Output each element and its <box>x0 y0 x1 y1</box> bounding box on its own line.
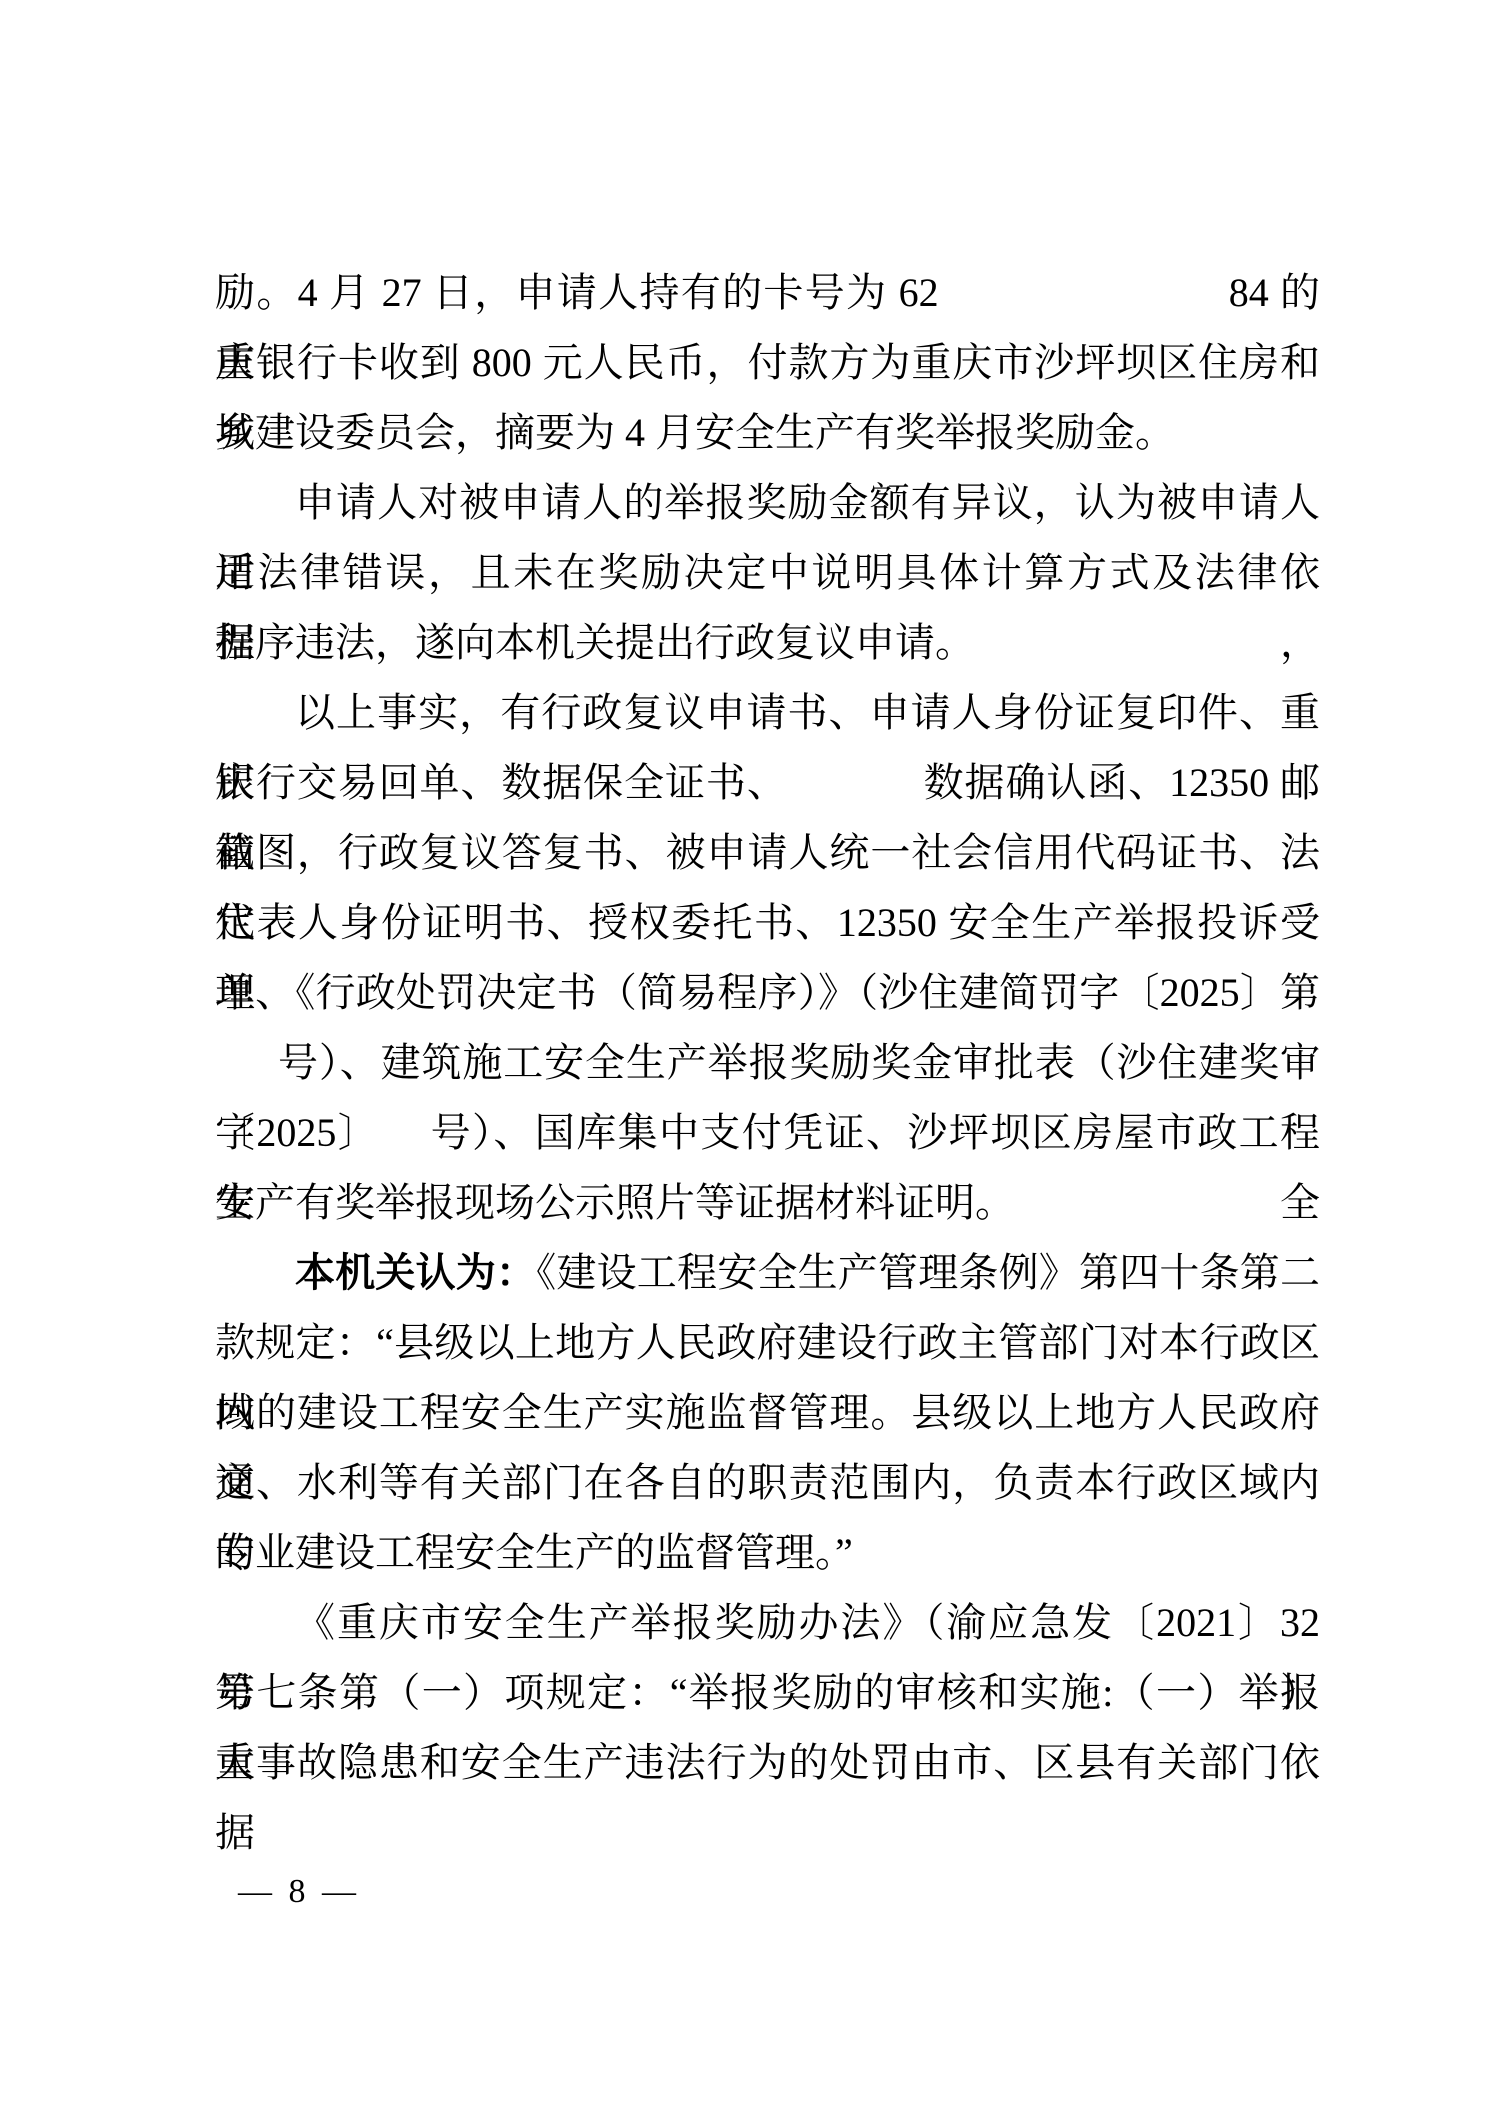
text-line: 单、《行政处罚决定书（简易程序）》（沙住建简罚字〔2025〕第 <box>215 958 1320 1028</box>
text-line: 庆银行卡收到 800 元人民币，付款方为重庆市沙坪坝区住房和城 <box>215 328 1320 398</box>
line-text: 励。4 月 27 日，申请人持有的卡号为 62 <box>215 270 939 315</box>
text-line: 〔2025〕号）、国库集中支付凭证、沙坪坝区房屋市政工程安全 <box>215 1098 1320 1168</box>
redaction-gap <box>788 792 923 796</box>
line-text: 专业建设工程安全生产的监督管理。” <box>215 1530 853 1575</box>
line-text: 生产有奖举报现场公示照片等证据材料证明。 <box>215 1180 1015 1225</box>
text-line: 用法律错误，且未在奖励决定中说明具体计算方式及法律依据， <box>215 538 1320 608</box>
redaction-gap <box>939 302 1229 306</box>
text-line: 申请人对被申请人的举报奖励金额有异议，认为被申请人适 <box>215 468 1320 538</box>
redaction-gap <box>379 1142 429 1146</box>
page-number: — 8 — <box>238 1872 360 1912</box>
text-line: 号）、建筑施工安全生产举报奖励奖金审批表（沙住建奖审字 <box>215 1028 1320 1098</box>
line-text: 乡建设委员会，摘要为 4 月安全生产有奖举报奖励金。 <box>215 410 1175 455</box>
line-text: 《建设工程安全生产管理条例》第四十条第二 <box>536 1250 1320 1295</box>
section-heading-text: 本机关认为： <box>295 1250 536 1295</box>
text-line: 内的建设工程安全生产实施监督管理。县级以上地方人民政府交 <box>215 1378 1320 1448</box>
text-line: 本机关认为：《建设工程安全生产管理条例》第四十条第二 <box>215 1238 1320 1308</box>
line-text: 〔2025〕 <box>215 1110 379 1155</box>
document-body: 励。4 月 27 日，申请人持有的卡号为 6284 的重 庆银行卡收到 800 … <box>215 258 1320 1798</box>
text-line: 励。4 月 27 日，申请人持有的卡号为 6284 的重 <box>215 258 1320 328</box>
text-line: 款规定：“县级以上地方人民政府建设行政主管部门对本行政区域 <box>215 1308 1320 1378</box>
text-line: 大事故隐患和安全生产违法行为的处罚由市、区县有关部门依据 <box>215 1728 1320 1798</box>
text-line: 乡建设委员会，摘要为 4 月安全生产有奖举报奖励金。 <box>215 398 1320 468</box>
text-line: 截图，行政复议答复书、被申请人统一社会信用代码证书、法定 <box>215 818 1320 888</box>
line-text: 大事故隐患和安全生产违法行为的处罚由市、区县有关部门依据 <box>215 1740 1320 1855</box>
text-line: 通、水利等有关部门在各自的职责范围内，负责本行政区域内的 <box>215 1448 1320 1518</box>
text-line: 代表人身份证明书、授权委托书、12350 安全生产举报投诉受理 <box>215 888 1320 958</box>
line-text: 单、《行政处罚决定书（简易程序）》（沙住建简罚字〔2025〕第 <box>215 970 1320 1015</box>
text-line: 以上事实，有行政复议申请书、申请人身份证复印件、重庆 <box>215 678 1320 748</box>
document-page: 励。4 月 27 日，申请人持有的卡号为 6284 的重 庆银行卡收到 800 … <box>0 0 1487 2105</box>
text-line: 第七条第（一）项规定：“举报奖励的审核和实施:（一）举报重 <box>215 1658 1320 1728</box>
text-line: 《重庆市安全生产举报奖励办法》（渝应急发〔2021〕32 号） <box>215 1588 1320 1658</box>
text-line: 银行交易回单、数据保全证书、数据确认函、12350 邮箱 <box>215 748 1320 818</box>
line-text: 程序违法，遂向本机关提出行政复议申请。 <box>215 620 975 665</box>
line-text: 银行交易回单、数据保全证书、 <box>215 760 788 805</box>
text-line: 专业建设工程安全生产的监督管理。” <box>215 1518 1320 1588</box>
